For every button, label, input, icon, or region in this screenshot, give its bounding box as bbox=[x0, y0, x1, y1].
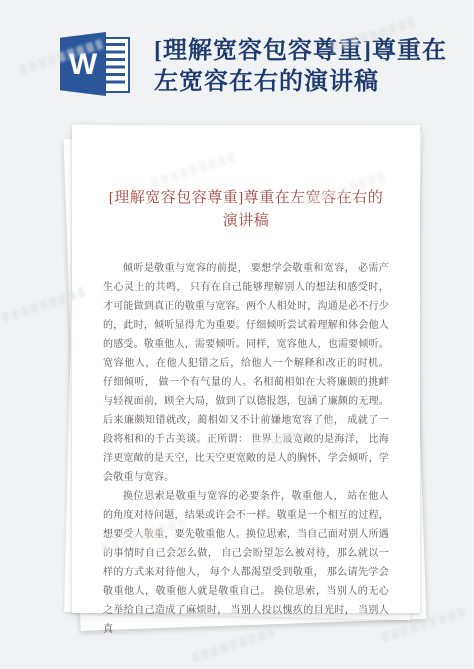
document-page-preview: [理解宽容包容尊重]尊重在左宽容在右的演讲稿 倾听是敬重与宽容的前提， 要想学会… bbox=[72, 125, 420, 613]
word-letter: W bbox=[69, 48, 97, 80]
document-body: 倾听是敬重与宽容的前提， 要想学会敬重和宽容， 必需产生心灵上的共鸣， 只有在自… bbox=[103, 259, 389, 639]
paragraph-2: 换位思索是敬重与宽容的必要条件，敬重他人， 站在他人的角度对待问题，结果或许会不… bbox=[103, 487, 389, 639]
word-icon: W bbox=[60, 32, 132, 96]
word-flag-icon: W bbox=[60, 32, 106, 96]
file-title-line1: [理解宽容包容尊重]尊重在 bbox=[154, 36, 450, 67]
preview-header: W [理解宽容包容尊重]尊重在 左宽容在右的演讲稿 bbox=[0, 0, 474, 112]
file-title-line2: 左宽容在右的演讲稿 bbox=[154, 67, 450, 98]
document-title: [理解宽容包容尊重]尊重在左宽容在右的演讲稿 bbox=[103, 187, 389, 233]
file-title: [理解宽容包容尊重]尊重在 左宽容在右的演讲稿 bbox=[154, 36, 450, 98]
paragraph-1: 倾听是敬重与宽容的前提， 要想学会敬重和宽容， 必需产生心灵上的共鸣， 只有在自… bbox=[103, 259, 389, 487]
